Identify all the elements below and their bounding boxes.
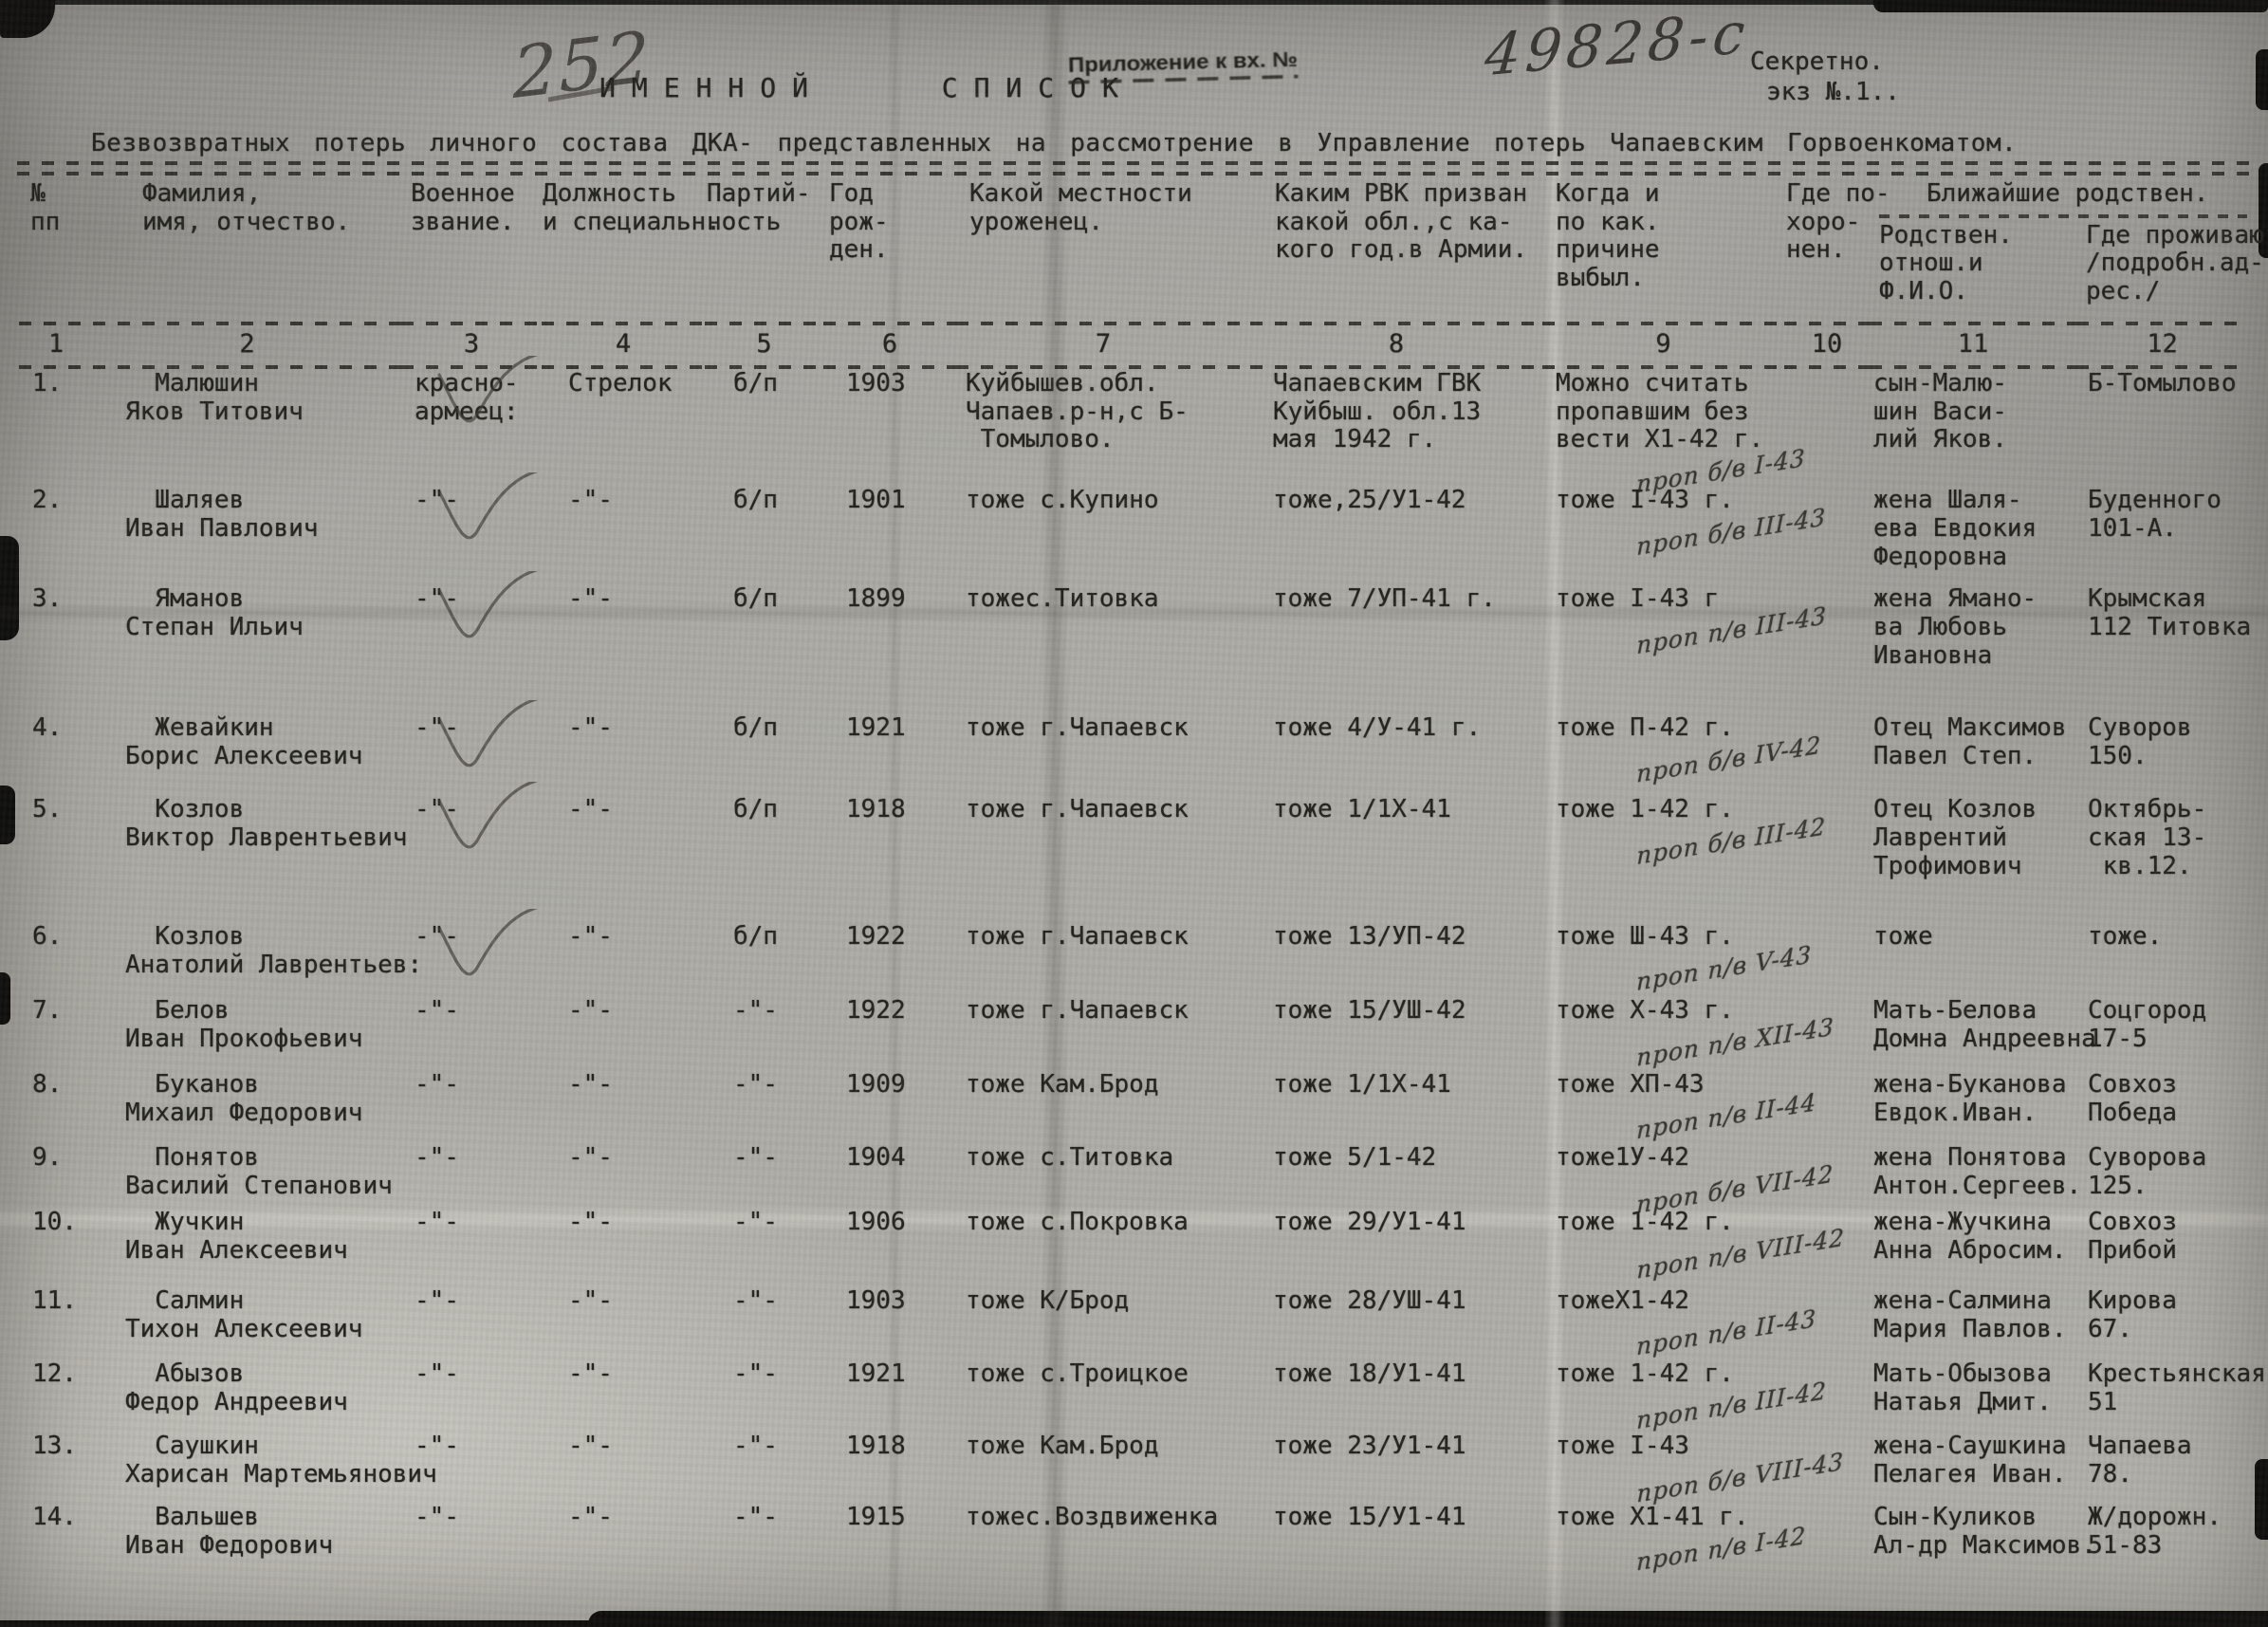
table-row: 1. Малюшин Яков Титович красно- армеец: … — [19, 369, 2248, 486]
cell-address: Соцгород 17-5 — [2088, 997, 2206, 1053]
cell-drafted-by: тоже 15/УШ-42 — [1273, 997, 1466, 1026]
cell-birthplace: тожес.Воздвиженка — [966, 1504, 1218, 1532]
cell-position: -"- — [568, 1360, 613, 1389]
cell-relative: Сын-Куликов Ал-др Максимов. — [1873, 1504, 2096, 1560]
column-number: 1 — [19, 322, 93, 369]
cell-drafted-by: Чапаевским ГВК Куйбыш. обл.13 мая 1942 г… — [1273, 370, 1481, 454]
cell-address: Б-Томылово — [2088, 370, 2237, 398]
cell-birth-year: 1903 — [846, 370, 906, 398]
cell-relative: жена-Буканова Евдок.Иван. — [1873, 1071, 2067, 1127]
cell-position: -"- — [568, 585, 613, 614]
document-title: ИМЕННОЙ СПИСОК — [599, 72, 1134, 103]
cell-relative: жена-Саушкина Пелагея Иван. — [1873, 1433, 2067, 1488]
cell-fate: тожеХ1-42 — [1556, 1287, 1689, 1316]
cell-birth-year: 1906 — [846, 1209, 906, 1237]
cell-drafted-by: тоже 15/У1-41 — [1273, 1504, 1466, 1532]
cell-drafted-by: тоже 7/УП-41 г. — [1273, 585, 1496, 614]
cell-party: б/п — [733, 714, 778, 743]
cell-party: -"- — [733, 1433, 778, 1461]
cell-birth-year: 1915 — [846, 1504, 906, 1532]
cell-name: Буканов Михаил Федорович — [125, 1071, 362, 1127]
cell-name: Саушкин Харисан Мартемьянович — [125, 1433, 437, 1488]
cell-name: Яманов Степан Ильич — [125, 585, 304, 641]
cell-row-number: 4. — [32, 714, 62, 743]
cell-name: Малюшин Яков Титович — [125, 370, 304, 426]
casualty-list-table: № пп Фамилия, имя, отчество. Военное зва… — [19, 176, 2248, 1617]
table-row: 5. Козлов Виктор Лаврентьевич -"- -"- б/… — [19, 795, 2248, 922]
cell-birthplace: тоже г.Чапаевск — [966, 997, 1189, 1026]
cell-party: б/п — [733, 923, 778, 952]
table-row: 6. Козлов Анатолий Лаврентьев: -"- -"- б… — [19, 922, 2248, 996]
cell-fate: тоже Х1-41 г. — [1556, 1504, 1749, 1532]
cell-party: -"- — [733, 1360, 778, 1389]
separator-line — [1879, 214, 2247, 218]
cell-row-number: 10. — [32, 1209, 77, 1237]
cell-name: Вальшев Иван Федорович — [125, 1504, 333, 1560]
cell-relative: жена-Салмина Мария Павлов. — [1873, 1287, 2067, 1343]
cell-relative: Отец Козлов Лаврентий Трофимович — [1873, 796, 2037, 880]
cell-name: Абызов Федор Андреевич — [125, 1360, 348, 1416]
cell-party: -"- — [733, 1144, 778, 1173]
header-birth-year: Год рож- ден. — [829, 180, 889, 265]
column-number: 10 — [1784, 322, 1870, 369]
cell-drafted-by: тоже 5/1-42 — [1273, 1144, 1436, 1173]
cell-birth-year: 1921 — [846, 1360, 906, 1389]
cell-relative: сын-Малю- шин Васи- лий Яков. — [1873, 370, 2007, 454]
cell-rank: -"- — [415, 923, 459, 952]
separator-line — [17, 161, 2256, 165]
table-row: 12. Абызов Федор Андреевич -"- -"- -"- 1… — [19, 1359, 2248, 1432]
cell-birthplace: тоже г.Чапаевск — [966, 923, 1189, 952]
table-header: № пп Фамилия, имя, отчество. Военное зва… — [19, 176, 2248, 322]
table-row: 11. Салмин Тихон Алексеевич -"- -"- -"- … — [19, 1286, 2248, 1359]
cell-relative: жена Ямано- ва Любовь Ивановна — [1873, 585, 2037, 670]
separator-line — [17, 172, 2256, 176]
header-relative-address: Где проживают /подробн.ад- рес./ — [2086, 222, 2268, 306]
cell-fate: тоже 1-42 г. — [1556, 1360, 1734, 1389]
cell-row-number: 6. — [32, 923, 62, 952]
torn-edge-top-left — [0, 0, 55, 38]
cell-name: Белов Иван Прокофьевич — [125, 997, 362, 1053]
cell-position: -"- — [568, 796, 613, 824]
cell-drafted-by: тоже,25/У1-42 — [1273, 487, 1466, 515]
cell-fate: тоже 1-42 г. — [1556, 796, 1734, 824]
cell-drafted-by: тоже 4/У-41 г. — [1273, 714, 1481, 743]
torn-edge-left-1 — [0, 536, 19, 640]
cell-birth-year: 1903 — [846, 1287, 906, 1316]
cell-birthplace: тоже с.Титовка — [966, 1144, 1173, 1173]
cell-rank: -"- — [415, 997, 459, 1026]
scan-edge-bottom-left — [0, 1620, 607, 1627]
cell-drafted-by: тоже 23/У1-41 — [1273, 1433, 1466, 1461]
cell-position: -"- — [568, 1209, 613, 1237]
table-row: 13. Саушкин Харисан Мартемьянович -"- -"… — [19, 1432, 2248, 1503]
cell-birthplace: тоже с.Покровка — [966, 1209, 1189, 1237]
cell-position: -"- — [568, 1433, 613, 1461]
cell-drafted-by: тоже 13/УП-42 — [1273, 923, 1466, 952]
cell-position: Стрелок — [568, 370, 673, 398]
handwritten-registration-number: 49828-с — [1482, 0, 1752, 90]
cell-relative: Мать-Обызова Натаья Дмит. — [1873, 1360, 2052, 1416]
cell-name: Салмин Тихон Алексеевич — [125, 1287, 362, 1343]
cell-fate: тоже I-43 г — [1556, 585, 1719, 614]
cell-row-number: 1. — [32, 370, 62, 398]
cell-rank: -"- — [415, 1209, 459, 1237]
cell-birth-year: 1904 — [846, 1144, 906, 1173]
cell-address: Октябрь- ская 13- кв.12. — [2088, 796, 2206, 880]
column-number: 6 — [823, 322, 956, 369]
cell-fate: тоже ХП-43 — [1556, 1071, 1705, 1100]
table-body: 1. Малюшин Яков Титович красно- армеец: … — [19, 369, 2248, 1617]
cell-row-number: 13. — [32, 1433, 77, 1461]
torn-edge-left-2 — [0, 786, 15, 844]
column-number: 9 — [1542, 322, 1784, 369]
cell-position: -"- — [568, 1504, 613, 1532]
header-party: Партий- ность — [707, 180, 811, 236]
cell-position: -"- — [568, 487, 613, 515]
cell-row-number: 2. — [32, 487, 62, 515]
cell-relative: жена Понятова Антон.Сергеев. — [1873, 1144, 2081, 1200]
column-number: 5 — [705, 322, 823, 369]
torn-edge-right-1 — [2256, 49, 2268, 110]
cell-fate: тоже I-43 — [1556, 1433, 1689, 1461]
cell-relative: Мать-Белова Домна Андреевна — [1873, 997, 2096, 1053]
cell-fate: тоже Ш-43 г. — [1556, 923, 1734, 952]
cell-party: б/п — [733, 487, 778, 515]
cell-relative: тоже — [1873, 923, 1933, 952]
cell-position: -"- — [568, 1144, 613, 1173]
cell-party: -"- — [733, 997, 778, 1026]
header-row-number: № пп — [30, 180, 60, 236]
table-row: 2. Шаляев Иван Павлович -"- -"- б/п 1901… — [19, 486, 2248, 584]
table-row: 9. Понятов Василий Степанович -"- -"- -"… — [19, 1143, 2248, 1208]
scan-edge-top-right — [1873, 0, 2268, 12]
cell-rank: красно- армеец: — [415, 370, 519, 426]
cell-row-number: 14. — [32, 1504, 77, 1532]
cell-birth-year: 1922 — [846, 997, 906, 1026]
cell-birth-year: 1901 — [846, 487, 906, 515]
table-row: 3. Яманов Степан Ильич -"- -"- б/п 1899 … — [19, 584, 2248, 713]
table-row: 10. Жучкин Иван Алексеевич -"- -"- -"- 1… — [19, 1208, 2248, 1286]
header-relative-name: Родствен. отнош.и Ф.И.О. — [1879, 222, 2013, 306]
cell-relative: жена-Жучкина Анна Абросим. — [1873, 1209, 2067, 1265]
cell-row-number: 5. — [32, 796, 62, 824]
table-row: 7. Белов Иван Прокофьевич -"- -"- -"- 19… — [19, 996, 2248, 1070]
cell-address: Кирова 67. — [2088, 1287, 2177, 1343]
cell-position: -"- — [568, 714, 613, 743]
cell-name: Понятов Василий Степанович — [125, 1144, 393, 1200]
column-number: 11 — [1870, 322, 2076, 369]
cell-address: Ж/дорожн. 51-83 — [2088, 1504, 2222, 1560]
cell-position: -"- — [568, 1071, 613, 1100]
cell-address: Совхоз Прибой — [2088, 1209, 2177, 1265]
cell-fate: тоже1У-42 — [1556, 1144, 1689, 1173]
header-birthplace: Какой местности уроженец. — [969, 180, 1192, 236]
column-number: 3 — [401, 322, 542, 369]
cell-drafted-by: тоже 18/У1-41 — [1273, 1360, 1466, 1389]
cell-party: -"- — [733, 1504, 778, 1532]
document-subtitle: Безвозвратных потерь личного состава ДКА… — [91, 129, 2235, 157]
header-relatives-title: Ближайшие родствен. — [1927, 180, 2208, 209]
table-row: 14. Вальшев Иван Федорович -"- -"- -"- 1… — [19, 1503, 2248, 1617]
cell-relative: жена Шаля- ева Евдокия Федоровна — [1873, 487, 2037, 571]
cell-address: тоже. — [2088, 923, 2162, 952]
cell-rank: -"- — [415, 1504, 459, 1532]
scan-edge-top — [0, 0, 2268, 5]
cell-position: -"- — [568, 923, 613, 952]
header-name: Фамилия, имя, отчество. — [142, 180, 350, 236]
cell-party: б/п — [733, 585, 778, 614]
cell-fate: тоже 1-42 г. — [1556, 1209, 1734, 1237]
cell-fate: тоже П-42 г. — [1556, 714, 1734, 743]
cell-row-number: 7. — [32, 997, 62, 1026]
cell-birth-year: 1909 — [846, 1071, 906, 1100]
cell-rank: -"- — [415, 585, 459, 614]
handwritten-page-number: 252 — [512, 16, 653, 120]
cell-name: Жучкин Иван Алексеевич — [125, 1209, 348, 1265]
cell-fate: Можно считать пропавшим без вести Х1-42 … — [1556, 370, 1763, 454]
cell-name: Козлов Виктор Лаврентьевич — [125, 796, 407, 852]
cell-birthplace: тоже К/Брод — [966, 1287, 1129, 1316]
cell-row-number: 12. — [32, 1360, 77, 1389]
header-rank: Военное звание. — [411, 180, 515, 236]
cell-rank: -"- — [415, 487, 459, 515]
cell-rank: -"- — [415, 1144, 459, 1173]
cell-row-number: 3. — [32, 585, 62, 614]
cell-birthplace: тоже г.Чапаевск — [966, 714, 1189, 743]
cell-address: Крестьянская 51 — [2088, 1360, 2266, 1416]
torn-edge-right-3 — [2255, 1459, 2268, 1540]
column-numbers-row: 123456789101112 — [19, 322, 2248, 369]
cell-address: Суворов 150. — [2088, 714, 2192, 770]
cell-birthplace: тоже Кам.Брод — [966, 1433, 1159, 1461]
cell-rank: -"- — [415, 1071, 459, 1100]
cell-fate: тоже Х-43 г. — [1556, 997, 1734, 1026]
cell-birthplace: Куйбышев.обл. Чапаев.р-н,с Б- Томылово. — [966, 370, 1189, 454]
column-number: 7 — [956, 322, 1250, 369]
cell-birth-year: 1921 — [846, 714, 906, 743]
cell-party: -"- — [733, 1287, 778, 1316]
cell-birth-year: 1899 — [846, 585, 906, 614]
cell-party: -"- — [733, 1071, 778, 1100]
cell-relative: Отец Максимов Павел Степ. — [1873, 714, 2067, 770]
cell-birth-year: 1918 — [846, 1433, 906, 1461]
copy-number-label: экз №.1.. — [1766, 78, 1900, 106]
cell-drafted-by: тоже 1/1Х-41 — [1273, 796, 1451, 824]
cell-row-number: 11. — [32, 1287, 77, 1316]
cell-birthplace: тоже с.Купино — [966, 487, 1159, 515]
cell-rank: -"- — [415, 714, 459, 743]
cell-drafted-by: тоже 28/УШ-41 — [1273, 1287, 1466, 1316]
header-fate: Когда и по как. причине выбыл. — [1556, 180, 1660, 293]
cell-party: б/п — [733, 370, 778, 398]
cell-name: Шаляев Иван Павлович — [125, 487, 319, 543]
cell-birthplace: тоже г.Чапаевск — [966, 796, 1189, 824]
table-row: 8. Буканов Михаил Федорович -"- -"- -"- … — [19, 1070, 2248, 1143]
column-number: 12 — [2076, 322, 2248, 369]
header-position: Должность и специальн. — [543, 180, 721, 236]
header-relatives-group: Ближайшие родствен. Родствен. отнош.и Ф.… — [1870, 176, 2248, 322]
cell-drafted-by: тоже 1/1Х-41 — [1273, 1071, 1451, 1100]
cell-address: Суворова 125. — [2088, 1144, 2206, 1200]
cell-name: Жевайкин Борис Алексеевич — [125, 714, 362, 770]
cell-position: -"- — [568, 997, 613, 1026]
cell-fate: тоже I-43 г. — [1556, 487, 1734, 515]
cell-rank: -"- — [415, 1433, 459, 1461]
cell-rank: -"- — [415, 1287, 459, 1316]
cell-name: Козлов Анатолий Лаврентьев: — [125, 923, 422, 979]
cell-row-number: 9. — [32, 1144, 62, 1173]
cell-drafted-by: тоже 29/У1-41 — [1273, 1209, 1466, 1237]
cell-rank: -"- — [415, 1360, 459, 1389]
scanned-document-sheet: 252 49828-с Приложение к вх. № Секретно.… — [0, 0, 2268, 1627]
table-row: 4. Жевайкин Борис Алексеевич -"- -"- б/п… — [19, 713, 2248, 795]
column-number: 2 — [93, 322, 401, 369]
cell-party: б/п — [733, 796, 778, 824]
cell-position: -"- — [568, 1287, 613, 1316]
cell-birthplace: тоже Кам.Брод — [966, 1071, 1159, 1100]
column-number: 4 — [542, 322, 705, 369]
cell-rank: -"- — [415, 796, 459, 824]
cell-address: Крымская 112 Титовка — [2088, 585, 2251, 641]
header-drafted-by: Каким РВК призван какой обл.,с ка- кого … — [1275, 180, 1527, 265]
cell-birthplace: тожес.Титовка — [966, 585, 1159, 614]
cell-address: Совхоз Победа — [2088, 1071, 2177, 1127]
torn-edge-left-3 — [0, 972, 10, 1025]
cell-row-number: 8. — [32, 1071, 62, 1100]
secrecy-label: Секретно. — [1750, 47, 1884, 76]
cell-birth-year: 1918 — [846, 796, 906, 824]
column-number: 8 — [1250, 322, 1542, 369]
cell-address: Буденного 101-А. — [2088, 487, 2222, 543]
cell-address: Чапаева 78. — [2088, 1433, 2192, 1488]
cell-birthplace: тоже с.Троицкое — [966, 1360, 1189, 1389]
cell-party: -"- — [733, 1209, 778, 1237]
cell-birth-year: 1922 — [846, 923, 906, 952]
